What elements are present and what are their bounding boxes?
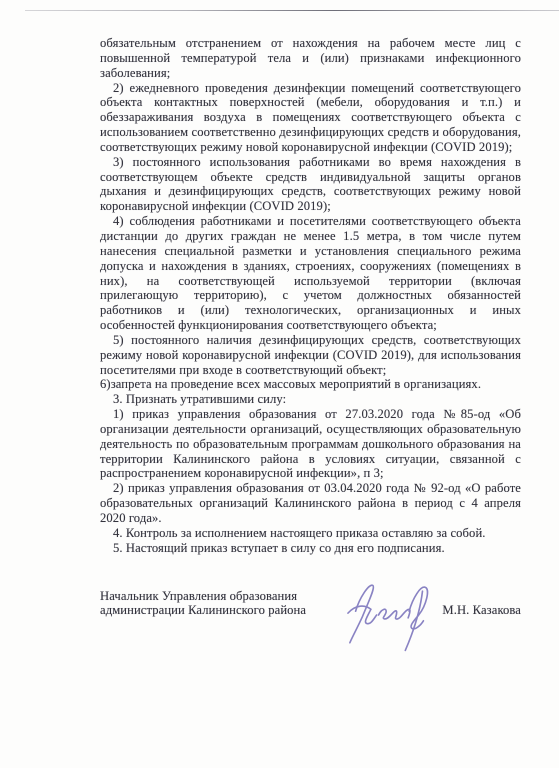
- document-paragraph: 3) постоянного использования работниками…: [100, 155, 521, 214]
- document-paragraph: 5. Настоящий приказ вступает в силу со д…: [100, 541, 521, 556]
- document-paragraph: обязательным отстранением от нахождения …: [100, 36, 521, 81]
- document-paragraph: 6)запрета на проведение всех массовых ме…: [100, 377, 521, 392]
- document-text-block: обязательным отстранением от нахождения …: [100, 36, 521, 618]
- document-paragraph: 4) соблюдения работниками и посетителями…: [100, 214, 521, 333]
- document-paragraph: 2) ежедневного проведения дезинфекции по…: [100, 81, 521, 155]
- document-paragraph: 5) постоянного наличия дезинфицирующих с…: [100, 333, 521, 378]
- scanned-document-page: { "doc": { "paragraphs": [ "обязательным…: [0, 0, 559, 768]
- document-paragraph: 1) приказ управления образования от 27.0…: [100, 407, 521, 481]
- handwritten-signature: [338, 573, 442, 659]
- document-paragraph: 2) приказ управления образования от 03.0…: [100, 481, 521, 526]
- signature-block: Начальник Управления образования админис…: [100, 589, 521, 619]
- document-paragraph: 3. Признать утратившими силу:: [100, 392, 521, 407]
- signer-name: М.Н. Казакова: [442, 603, 521, 618]
- signer-role-line1: Начальник Управления образования: [100, 589, 350, 604]
- signer-role: Начальник Управления образования админис…: [100, 589, 350, 619]
- document-paragraph: 4. Контроль за исполнением настоящего пр…: [100, 526, 521, 541]
- signer-role-line2: администрации Калининского района: [100, 603, 350, 618]
- scan-edge-artifact: [25, 10, 559, 11]
